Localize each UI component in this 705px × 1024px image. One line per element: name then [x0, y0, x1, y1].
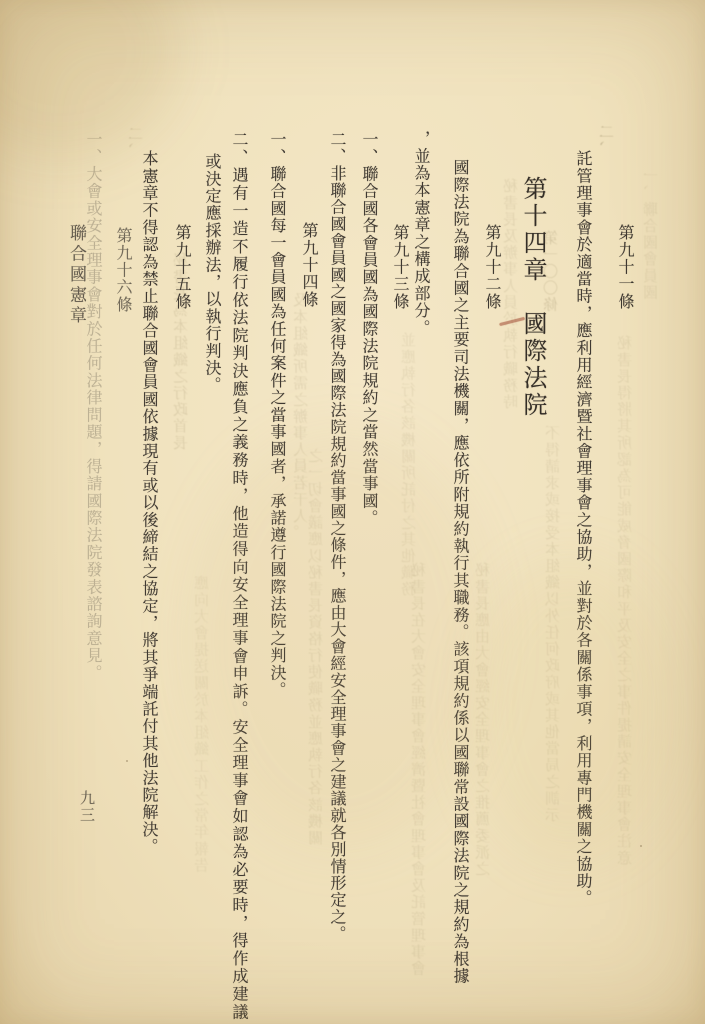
article-91-number: 第九十一條 — [616, 224, 632, 310]
running-title: 聯合國憲章 — [68, 224, 85, 327]
paper-stain — [470, 560, 670, 860]
article-92-text-col1: 國際法院為聯合國之主要司法機關，應依所附規約執行其職務。該項規約係以國聯常設國際… — [451, 159, 467, 985]
bleedthrough-text: 之一切會議應以秘書長資格行使職務並應執行各該機關 — [310, 448, 325, 846]
bleedthrough-text: 二、 — [601, 124, 616, 157]
article-94-number: 第九十四條 — [300, 222, 316, 308]
article-94-paragraph-2-col2: 或決定應採辦法，以執行判決。 — [203, 153, 219, 394]
ink-speck — [463, 700, 465, 702]
article-94-paragraph-2-col1: 二、遇有一造不履行依法院判決應負之義務時，他造得向安全理事會申訴。安全理事會如認… — [230, 131, 246, 1021]
page-number: 九三 — [78, 790, 93, 824]
article-93-paragraph-2: 二、非聯合國會員國之國家得為國際法院規約當事國之條件，應由大會經安全理事會之建議… — [328, 131, 344, 942]
bleedthrough-text: 一、聯合國會員國 — [645, 168, 660, 301]
article-92-text-col2: ，並為本憲章之構成部分。 — [412, 130, 428, 336]
bleedthrough-text: 秘書長及辦事人員於執行職務時 — [505, 178, 520, 410]
article-93-number: 第九十三條 — [391, 224, 407, 310]
ink-speck — [126, 760, 128, 762]
bleedthrough-text: 應向大會提送關於本組織工作之常年報告 — [196, 575, 211, 874]
article-94-paragraph-1: 一、聯合國每一會員國為任何案件之當事國者，承諾遵行國際法院之判決。 — [268, 131, 284, 699]
article-92-number: 第九十二條 — [483, 224, 499, 310]
article-95-number: 第九十五條 — [173, 224, 189, 310]
bleedthrough-text: 及本組織所需之辦事人員若干人。 — [295, 292, 310, 541]
article-91-text: 託管理事會於適當時，應利用經濟暨社會理事會之協助，並對於各關係事項，利用專門機關… — [574, 150, 590, 907]
bleedthrough-text: 第一〇〇條 — [545, 230, 560, 313]
page-vignette — [0, 0, 705, 1024]
ink-speck — [640, 845, 642, 847]
article-93-paragraph-1: 一、聯合國各會員國為國際法院規約之當然當事國。 — [360, 131, 376, 527]
bleedthrough-text: 秘書長在大會安全理事會經濟暨社會理事會及託管理事會 — [413, 562, 428, 977]
bleedthrough-text: 秘書長應由大會經安全理事會之推薦委派之 — [477, 562, 492, 877]
article-95-text: 本憲章不得認為禁止聯合國會員國依據現有或以後締結之協定，將其爭端託付其他法院解決… — [140, 150, 156, 855]
scanned-document-page: { "document": { "chapter_heading": "第十四章… — [0, 0, 705, 1024]
bleedthrough-text: 秘書長得將其所認為可能威脅國際和平及安全之事件提請安全理事會注意 — [619, 335, 634, 866]
article-96-number: 第九十六條 — [114, 227, 130, 313]
page-background: 二、 一、聯合國會員國 秘書長得將其所認為可能威脅國際和平及安全之事件提請安全理… — [0, 0, 705, 1024]
article-96-paragraph-1-underinked: 一、大會或安全理事會對於任何法律問題，得請國際法院發表諮詢意見。 — [84, 131, 100, 681]
bleedthrough-text: 並應執行各該機關所託付之其他職務 — [403, 332, 418, 598]
chapter-heading: 第十四章 國際法院 — [520, 176, 544, 419]
bleedthrough-text: 不得請求或接受本組織以外任何政府或其他當局之訓示 — [547, 425, 562, 823]
